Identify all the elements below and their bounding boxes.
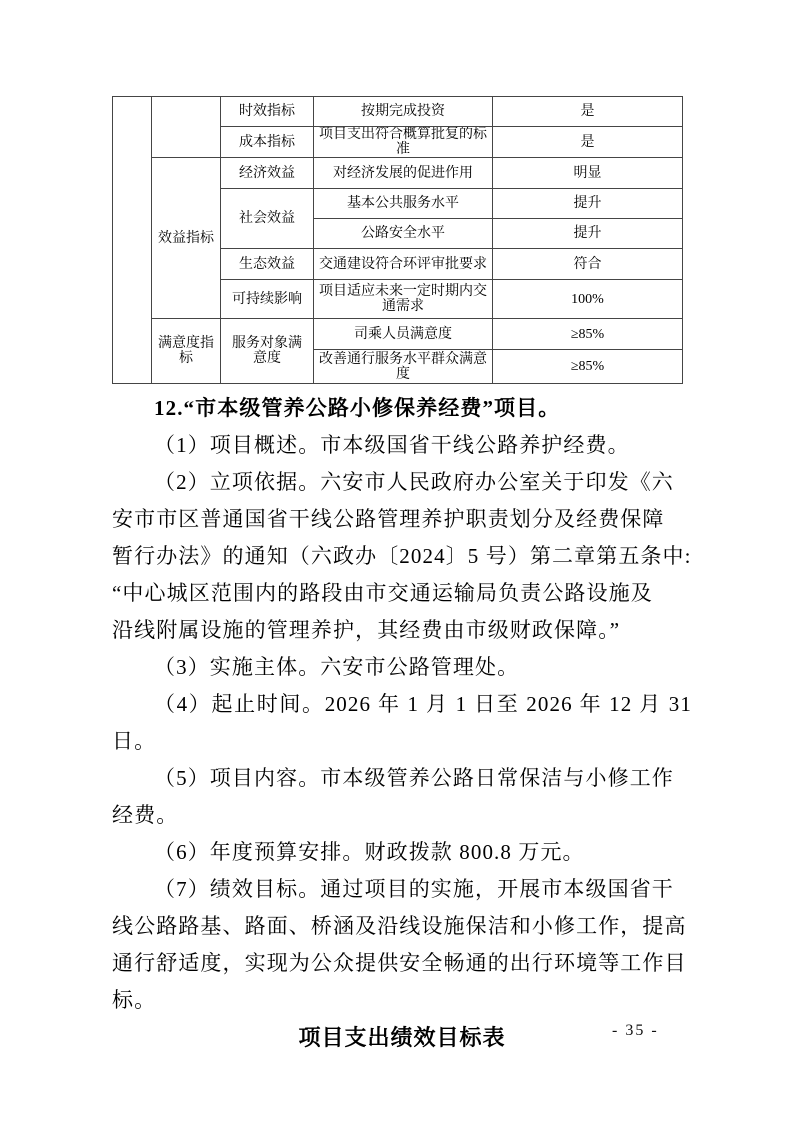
table-cell: 改善通行服务水平群众满意度 bbox=[314, 350, 493, 384]
paragraph-5: （5）项目内容。市本级管养公路日常保洁与小修工作 经费。 bbox=[112, 760, 692, 834]
page-number: - 35 - bbox=[612, 1022, 659, 1040]
table-row: 满意度指标 服务对象满意度 司乘人员满意度 ≥85% bbox=[113, 319, 683, 350]
table-cell: 对经济发展的促进作用 bbox=[314, 158, 493, 189]
table-cell: 明显 bbox=[493, 158, 683, 189]
table-cell: 时效指标 bbox=[221, 97, 314, 127]
table-cell: 经济效益 bbox=[221, 158, 314, 189]
table-cell: 效益指标 bbox=[152, 158, 221, 319]
table-cell: 100% bbox=[493, 280, 683, 319]
table-cell: 项目支出符合概算批复的标准 bbox=[314, 127, 493, 158]
table-cell: 可持续影响 bbox=[221, 280, 314, 319]
section-heading: 12.“市本级管养公路小修保养经费”项目。 bbox=[112, 390, 692, 427]
table-title: 项目支出绩效目标表 bbox=[112, 1019, 692, 1056]
table-cell: 符合 bbox=[493, 249, 683, 280]
table-cell: 是 bbox=[493, 97, 683, 127]
table-row: 效益指标 经济效益 对经济发展的促进作用 明显 bbox=[113, 158, 683, 189]
table-row: 时效指标 按期完成投资 是 bbox=[113, 97, 683, 127]
table-cell: 公路安全水平 bbox=[314, 219, 493, 249]
table-cell: 基本公共服务水平 bbox=[314, 189, 493, 219]
table-cell: 提升 bbox=[493, 189, 683, 219]
paragraph-4: （4）起止时间。2026 年 1 月 1 日至 2026 年 12 月 31 日… bbox=[112, 686, 692, 760]
paragraph-2: （2）立项依据。六安市人民政府办公室关于印发《六 安市市区普通国省干线公路管理养… bbox=[112, 464, 692, 649]
table-cell: 是 bbox=[493, 127, 683, 158]
table-cell-empty-subcategory bbox=[152, 97, 221, 158]
table-cell: 项目适应未来一定时期内交通需求 bbox=[314, 280, 493, 319]
table-cell: 生态效益 bbox=[221, 249, 314, 280]
paragraph-1: （1）项目概述。市本级国省干线公路养护经费。 bbox=[112, 427, 692, 464]
table-cell: 交通建设符合环评审批要求 bbox=[314, 249, 493, 280]
table-cell: ≥85% bbox=[493, 319, 683, 350]
paragraph-6: （6）年度预算安排。财政拨款 800.8 万元。 bbox=[112, 834, 692, 871]
table-cell: 提升 bbox=[493, 219, 683, 249]
document-page: 时效指标 按期完成投资 是 成本指标 项目支出符合概算批复的标准 是 效益指标 … bbox=[0, 0, 793, 1122]
performance-indicator-table: 时效指标 按期完成投资 是 成本指标 项目支出符合概算批复的标准 是 效益指标 … bbox=[112, 96, 683, 384]
paragraph-7: （7）绩效目标。通过项目的实施，开展市本级国省干 线公路路基、路面、桥涵及沿线设… bbox=[112, 871, 692, 1019]
table-cell: 成本指标 bbox=[221, 127, 314, 158]
table-cell: 社会效益 bbox=[221, 189, 314, 249]
table-cell: 司乘人员满意度 bbox=[314, 319, 493, 350]
table-cell: 满意度指标 bbox=[152, 319, 221, 384]
table-cell: 按期完成投资 bbox=[314, 97, 493, 127]
document-body: 12.“市本级管养公路小修保养经费”项目。 （1）项目概述。市本级国省干线公路养… bbox=[112, 390, 692, 1056]
table-cell: ≥85% bbox=[493, 350, 683, 384]
table-cell: 服务对象满意度 bbox=[221, 319, 314, 384]
table-cell-empty-category bbox=[113, 97, 152, 384]
paragraph-3: （3）实施主体。六安市公路管理处。 bbox=[112, 649, 692, 686]
